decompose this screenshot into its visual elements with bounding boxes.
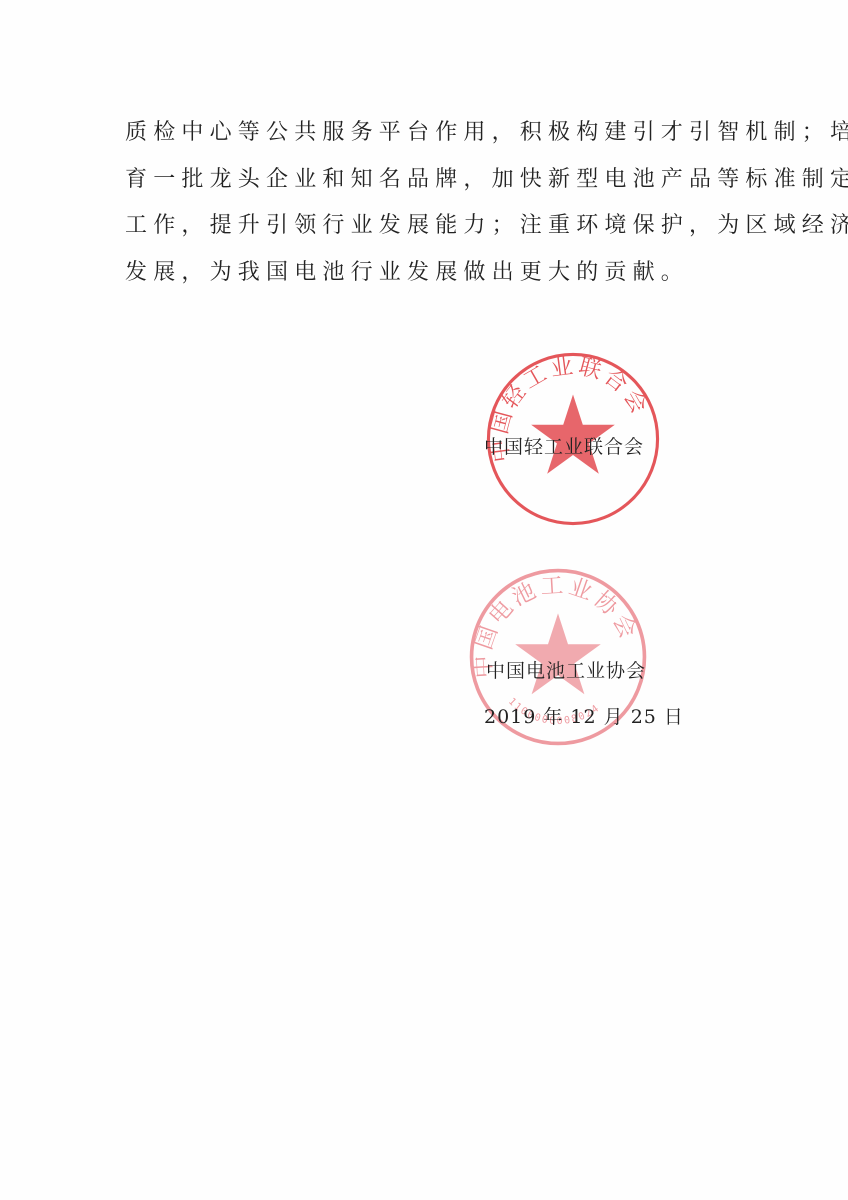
paragraph-line: 发展，为我国电池行业发展做出更大的贡献。: [125, 256, 745, 303]
paragraph-line: 育一批龙头企业和知名品牌，加快新型电池产品等标准制定: [125, 163, 745, 210]
body-paragraph: 质检中心等公共服务平台作用，积极构建引才引智机制；培 育一批龙头企业和知名品牌，…: [125, 116, 745, 302]
paragraph-line: 质检中心等公共服务平台作用，积极构建引才引智机制；培: [125, 116, 745, 163]
signature-org-2: 中国电池工业协会: [486, 656, 646, 683]
signature-date: 2019 年 12 月 25 日: [484, 702, 684, 729]
signature-org-1: 中国轻工业联合会: [484, 432, 644, 459]
paragraph-line: 工作，提升引领行业发展能力；注重环境保护，为区域经济: [125, 209, 745, 256]
document-page: 质检中心等公共服务平台作用，积极构建引才引智机制；培 育一批龙头企业和知名品牌，…: [0, 0, 848, 1200]
